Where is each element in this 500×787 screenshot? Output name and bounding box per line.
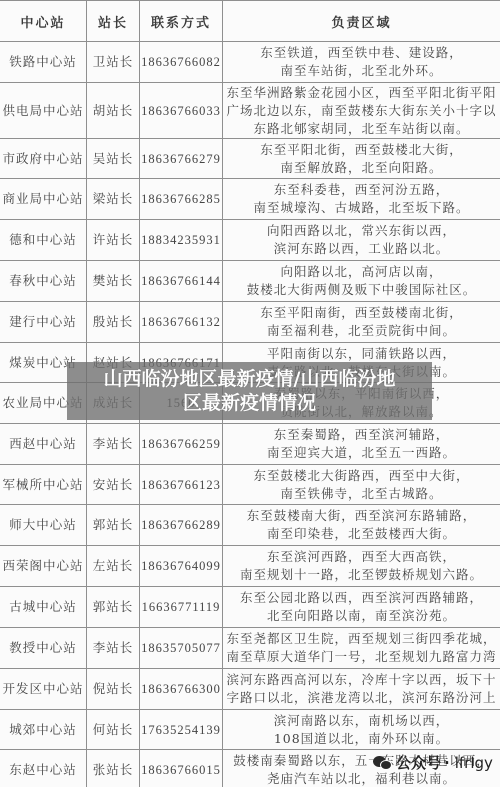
coverage-area-cell: 向阳西路以北，常兴东街以西，滨河东路以西，工业路以北。 (223, 220, 500, 261)
coverage-area-cell: 向阳路以北，高河店以南，鼓楼北大街两侧及贩下中骏国际社区。 (223, 261, 500, 302)
station-name-cell: 师大中心站 (0, 505, 87, 546)
table-row: 城郊中心站何站长17635254139滨河南路以东，南机场以西，108国道以北，… (0, 710, 500, 750)
phone-number-cell: 18636766300 (140, 669, 223, 710)
station-name-cell: 西赵中心站 (0, 424, 87, 465)
phone-number-cell: 18636766033 (140, 83, 223, 139)
coverage-area-line: 东至科委巷，西至河汾五路， (225, 181, 498, 199)
coverage-area-cell: 滨河东路西高河以东，冷库十字以西，坂下十字路口以北，滨港龙湾以北，滨河东路汾河上 (223, 669, 500, 710)
phone-number-cell: 18834235931 (140, 220, 223, 261)
coverage-area-line: 东至鼓楼北大街路西，西至中大街， (225, 467, 498, 485)
coverage-area-cell: 东至平阳南街，西至鼓楼南北街，南至福利巷，北至贡院街中间。 (223, 302, 500, 343)
station-name-cell: 德和中心站 (0, 220, 87, 261)
station-chief-cell: 李站长 (87, 424, 140, 465)
coverage-area-cell: 东至鼓楼南大街，西至滨河东路辅路，南至印染巷，北至鼓楼西大街。 (223, 505, 500, 546)
phone-number-cell: 16636771119 (140, 587, 223, 628)
station-chief-cell: 张站长 (87, 750, 140, 787)
coverage-area-line: 字路口以北，滨港龙湾以北，滨河东路汾河上 (225, 689, 498, 707)
coverage-area-cell: 东至鼓楼北大街路西，西至中大街，南至铁佛寺，北至古城路。 (223, 465, 500, 505)
table-row: 供电局中心站胡站长18636766033东至华洲路紫金花园小区，西至平阳北街平阳… (0, 83, 500, 139)
coverage-area-line: 鼓楼北大街两侧及贩下中骏国际社区。 (225, 281, 498, 299)
station-name-cell: 军械所中心站 (0, 465, 87, 505)
phone-number-cell: 18636766123 (140, 465, 223, 505)
overlay-title-line-1: 山西临汾地区最新疫情/山西临汾地 (104, 367, 396, 391)
station-chief-cell: 吴站长 (87, 139, 140, 179)
phone-number-cell: 18636764099 (140, 546, 223, 587)
coverage-area-line: 向阳西路以北，常兴东街以西， (225, 222, 498, 240)
coverage-area-line: 南至铁佛寺，北至古城路。 (225, 485, 498, 503)
station-chief-cell: 何站长 (87, 710, 140, 750)
coverage-area-line: 滨河南路以东，南机场以西， (225, 712, 498, 730)
coverage-area-cell: 东至秦蜀路，西至滨河辅路，南至迎宾大道，北至五一西路。 (223, 424, 500, 465)
coverage-area-line: 南至解放路，北至向阳路。 (225, 159, 498, 177)
table-header-row: 中心站 站长 联系方式 负责区域 (0, 1, 500, 42)
table-row: 西荣阁中心站左站长18636764099东至滨河西路，西至大西高铁，南至规划十一… (0, 546, 500, 587)
station-name-cell: 铁路中心站 (0, 42, 87, 83)
phone-number-cell: 18636766279 (140, 139, 223, 179)
station-chief-cell: 倪站长 (87, 669, 140, 710)
coverage-area-line: 东至铁道，西至铁中巷、建设路， (225, 44, 498, 62)
station-chief-cell: 郭站长 (87, 587, 140, 628)
table-row: 师大中心站郭站长18636766289东至鼓楼南大街，西至滨河东路辅路，南至印染… (0, 505, 500, 546)
station-chief-cell: 梁站长 (87, 179, 140, 220)
coverage-area-line: 东至尧都区卫生院，西至规划三街四季花城， (225, 630, 498, 648)
header-area: 负责区域 (223, 1, 500, 42)
table-row: 西赵中心站李站长18636766259东至秦蜀路，西至滨河辅路，南至迎宾大道，北… (0, 424, 500, 465)
coverage-area-cell: 东至科委巷，西至河汾五路，南至城壕沟、古城路，北至坂下路。 (223, 179, 500, 220)
header-station: 中心站 (0, 1, 87, 42)
header-contact: 联系方式 (140, 1, 223, 42)
table-row: 开发区中心站倪站长18636766300滨河东路西高河以东，冷库十字以西，坂下十… (0, 669, 500, 710)
station-chief-cell: 殷站长 (87, 302, 140, 343)
header-chief: 站长 (87, 1, 140, 42)
phone-number-cell: 18635705077 (140, 628, 223, 669)
coverage-area-line: 南至印染巷，北至鼓楼西大街。 (225, 525, 498, 543)
station-name-cell: 教授中心站 (0, 628, 87, 669)
phone-number-cell: 18636766289 (140, 505, 223, 546)
coverage-area-line: 东至秦蜀路，西至滨河辅路， (225, 426, 498, 444)
station-name-cell: 东赵中心站 (0, 750, 87, 787)
coverage-area-line: 南至规划十一路，北至锣鼓桥规划六路。 (225, 566, 498, 584)
phone-number-cell: 18636766259 (140, 424, 223, 465)
phone-number-cell: 18636766132 (140, 302, 223, 343)
station-chief-cell: 许站长 (87, 220, 140, 261)
coverage-area-line: 平阳南街以东，同蒲铁路以西， (225, 345, 498, 363)
wechat-icon (373, 755, 393, 771)
coverage-area-line: 滨河东路以西，工业路以北。 (225, 240, 498, 258)
coverage-area-line: 滨河东路西高河以东，冷库十字以西，坂下十 (225, 671, 498, 689)
coverage-area-cell: 东至平阳北街，西至鼓楼北大街，南至解放路，北至向阳路。 (223, 139, 500, 179)
coverage-area-cell: 东至滨河西路，西至大西高铁，南至规划十一路，北至锣鼓桥规划六路。 (223, 546, 500, 587)
watermark-separator: · (444, 754, 450, 772)
phone-number-cell: 17635254139 (140, 710, 223, 750)
station-name-cell: 供电局中心站 (0, 83, 87, 139)
station-chief-cell: 左站长 (87, 546, 140, 587)
watermark-account-id: lfrlgy (455, 754, 493, 772)
table-row: 建行中心站殷站长18636766132东至平阳南街，西至鼓楼南北街，南至福利巷，… (0, 302, 500, 343)
phone-number-cell: 18636766015 (140, 750, 223, 787)
table-row: 商业局中心站梁站长18636766285东至科委巷，西至河汾五路，南至城壕沟、古… (0, 179, 500, 220)
coverage-area-line: 北至向阳路以南，南至滨汾苑。 (225, 607, 498, 625)
station-chief-cell: 安站长 (87, 465, 140, 505)
coverage-area-line: 东至平阳南街，西至鼓楼南北街， (225, 304, 498, 322)
table-row: 军械所中心站安站长18636766123东至鼓楼北大街路西，西至中大街，南至铁佛… (0, 465, 500, 505)
phone-number-cell: 18636766285 (140, 179, 223, 220)
table-row: 铁路中心站卫站长18636766082东至铁道，西至铁中巷、建设路，南至车站街，… (0, 42, 500, 83)
station-chief-cell: 郭站长 (87, 505, 140, 546)
station-name-cell: 建行中心站 (0, 302, 87, 343)
station-chief-cell: 樊站长 (87, 261, 140, 302)
station-chief-cell: 李站长 (87, 628, 140, 669)
watermark-label: 公众号 (396, 752, 441, 773)
phone-number-cell: 18636766082 (140, 42, 223, 83)
coverage-area-cell: 东至公园北路以西，西至滨河西路辅路，北至向阳路以南，南至滨汾苑。 (223, 587, 500, 628)
coverage-area-cell: 滨河南路以东，南机场以西，108国道以北，南外环以南。 (223, 710, 500, 750)
coverage-area-cell: 东至尧都区卫生院，西至规划三街四季花城，南至草原大道华门一号，北至规划九路富力湾 (223, 628, 500, 669)
table-row: 市政府中心站吴站长18636766279东至平阳北街，西至鼓楼北大街，南至解放路… (0, 139, 500, 179)
station-name-cell: 古城中心站 (0, 587, 87, 628)
station-chief-cell: 胡站长 (87, 83, 140, 139)
coverage-area-line: 东至公园北路以西，西至滨河西路辅路， (225, 589, 498, 607)
overlay-title-line-2: 区最新疫情情况 (183, 391, 316, 415)
coverage-area-line: 南至迎宾大道，北至五一西路。 (225, 444, 498, 462)
coverage-area-cell: 东至华洲路紫金花园小区，西至平阳北街平阳广场北边以东，南至鼓楼东大街东关小十字以… (223, 83, 500, 139)
coverage-area-cell: 东至铁道，西至铁中巷、建设路，南至车站街，北至北外环。 (223, 42, 500, 83)
coverage-area-line: 南至车站街，北至北外环。 (225, 62, 498, 80)
station-name-cell: 商业局中心站 (0, 179, 87, 220)
document-image: 中心站 站长 联系方式 负责区域 铁路中心站卫站长18636766082东至铁道… (0, 0, 500, 787)
coverage-area-line: 南至草原大道华门一号，北至规划九路富力湾 (225, 648, 498, 666)
coverage-area-line: 广场北边以东，南至鼓楼东大街东关小十字以 (225, 102, 498, 120)
station-name-cell: 城郊中心站 (0, 710, 87, 750)
table-row: 教授中心站李站长18635705077东至尧都区卫生院，西至规划三街四季花城，南… (0, 628, 500, 669)
title-overlay-banner: 山西临汾地区最新疫情/山西临汾地 区最新疫情情况 (67, 362, 432, 420)
wechat-watermark: 公众号 · lfrlgy (373, 752, 493, 773)
coverage-area-line: 东至滨河西路，西至大西高铁， (225, 548, 498, 566)
station-name-cell: 市政府中心站 (0, 139, 87, 179)
station-name-cell: 春秋中心站 (0, 261, 87, 302)
phone-number-cell: 18636766144 (140, 261, 223, 302)
coverage-area-line: 东路北郇家胡同，北至车站街以南。 (225, 120, 498, 138)
table-row: 古城中心站郭站长16636771119东至公园北路以西，西至滨河西路辅路，北至向… (0, 587, 500, 628)
station-name-cell: 西荣阁中心站 (0, 546, 87, 587)
table-row: 春秋中心站樊站长18636766144向阳路以北，高河店以南，鼓楼北大街两侧及贩… (0, 261, 500, 302)
coverage-area-line: 南至城壕沟、古城路，北至坂下路。 (225, 199, 498, 217)
station-chief-cell: 卫站长 (87, 42, 140, 83)
coverage-area-line: 东至华洲路紫金花园小区，西至平阳北街平阳 (225, 84, 498, 102)
table-row: 德和中心站许站长18834235931向阳西路以北，常兴东街以西，滨河东路以西，… (0, 220, 500, 261)
coverage-area-line: 东至鼓楼南大街，西至滨河东路辅路， (225, 507, 498, 525)
coverage-area-line: 南至福利巷，北至贡院街中间。 (225, 322, 498, 340)
coverage-area-line: 108国道以北，南外环以南。 (225, 730, 498, 748)
coverage-area-line: 向阳路以北，高河店以南， (225, 263, 498, 281)
coverage-area-line: 东至平阳北街，西至鼓楼北大街， (225, 141, 498, 159)
station-name-cell: 开发区中心站 (0, 669, 87, 710)
